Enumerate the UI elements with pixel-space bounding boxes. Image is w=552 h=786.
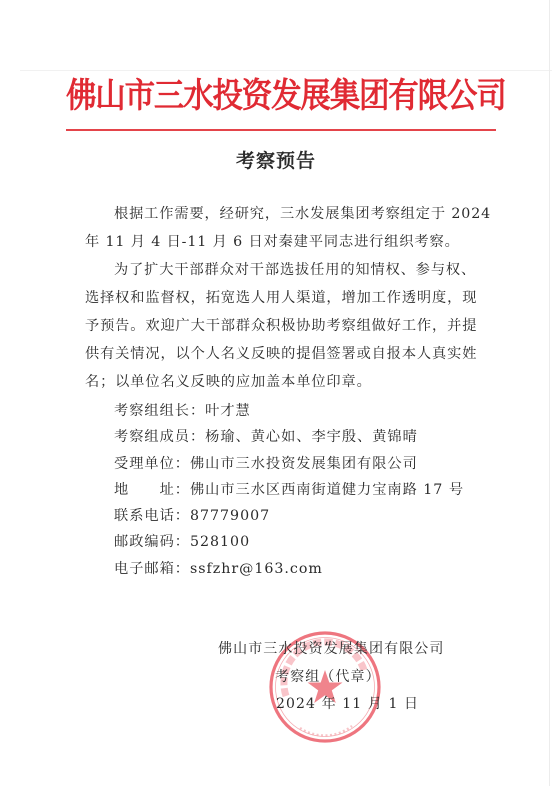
- field-value: 杨瑜、黄心如、李宇殷、黄锦晴: [205, 429, 418, 445]
- masthead-red-rule: [66, 129, 496, 131]
- field-label: 考察组成员：: [114, 424, 205, 450]
- field-inspection-leader: 考察组组长：叶才慧: [85, 398, 469, 424]
- page-edge: [549, 0, 550, 786]
- field-label: 考察组组长：: [114, 398, 205, 424]
- paragraph-2: 为了扩大干部群众对干部选拔任用的知情权、参与权、 选择权和监督权，拓宽选人用人渠…: [85, 256, 469, 396]
- signature-date: 2024 年 11 月 1 日: [276, 693, 419, 713]
- field-phone: 联系电话：87779007: [85, 503, 469, 529]
- field-value: 叶才慧: [205, 403, 251, 419]
- text-line: 根据工作需要，经研究，三水发展集团考察组定于 2024: [85, 200, 469, 228]
- field-value: 佛山市三水投资发展集团有限公司: [190, 456, 418, 472]
- text-line: 为了扩大干部群众对干部选拔任用的知情权、参与权、: [85, 256, 469, 284]
- field-inspection-members: 考察组成员：杨瑜、黄心如、李宇殷、黄锦晴: [85, 424, 469, 450]
- text-span: 为了扩大干部群众对干部选拔任用的知情权、参与权、: [114, 262, 476, 278]
- field-receiving-unit: 受理单位：佛山市三水投资发展集团有限公司: [85, 451, 469, 477]
- text-span: 根据工作需要，经研究，三水发展集团考察组定于 2024: [114, 206, 491, 222]
- text-line: 予预告。欢迎广大干部群众积极协助考察组做好工作，并提: [85, 312, 469, 340]
- field-value: 87779007: [190, 508, 270, 524]
- field-label: 邮政编码：: [114, 529, 190, 555]
- field-value: 528100: [190, 534, 250, 550]
- masthead-organization: 佛山市三水投资发展集团有限公司: [66, 71, 496, 120]
- document-body: 根据工作需要，经研究，三水发展集团考察组定于 2024 年 11 月 4 日-1…: [85, 200, 469, 582]
- field-postal-code: 邮政编码：528100: [85, 529, 469, 555]
- paragraph-1: 根据工作需要，经研究，三水发展集团考察组定于 2024 年 11 月 4 日-1…: [85, 200, 469, 256]
- field-email: 电子邮箱：ssfzhr@163.com: [85, 556, 469, 582]
- signature-unit: 考察组（代章）: [275, 666, 381, 686]
- signature-organization: 佛山市三水投资发展集团有限公司: [218, 638, 445, 658]
- text-line: 供有关情况，以个人名义反映的提倡签署或自报本人真实姓: [85, 340, 469, 368]
- text-line: 名；以单位名义反映的应加盖本单位印章。: [85, 368, 469, 396]
- document-title: 考察预告: [0, 146, 552, 173]
- field-value[interactable]: ssfzhr@163.com: [190, 561, 323, 577]
- text-line: 选择权和监督权，拓宽选人用人渠道，增加工作透明度，现: [85, 284, 469, 312]
- field-label: 受理单位：: [114, 451, 190, 477]
- contact-fields: 考察组组长：叶才慧 考察组成员：杨瑜、黄心如、李宇殷、黄锦晴 受理单位：佛山市三…: [85, 398, 469, 582]
- field-label: 电子邮箱：: [114, 556, 190, 582]
- field-label: 地 址：: [114, 477, 190, 503]
- field-label: 联系电话：: [114, 503, 190, 529]
- field-value: 佛山市三水区西南街道健力宝南路 17 号: [190, 482, 464, 498]
- field-address: 地 址：佛山市三水区西南街道健力宝南路 17 号: [85, 477, 469, 503]
- text-line: 年 11 月 4 日-11 月 6 日对秦建平同志进行组织考察。: [85, 228, 469, 256]
